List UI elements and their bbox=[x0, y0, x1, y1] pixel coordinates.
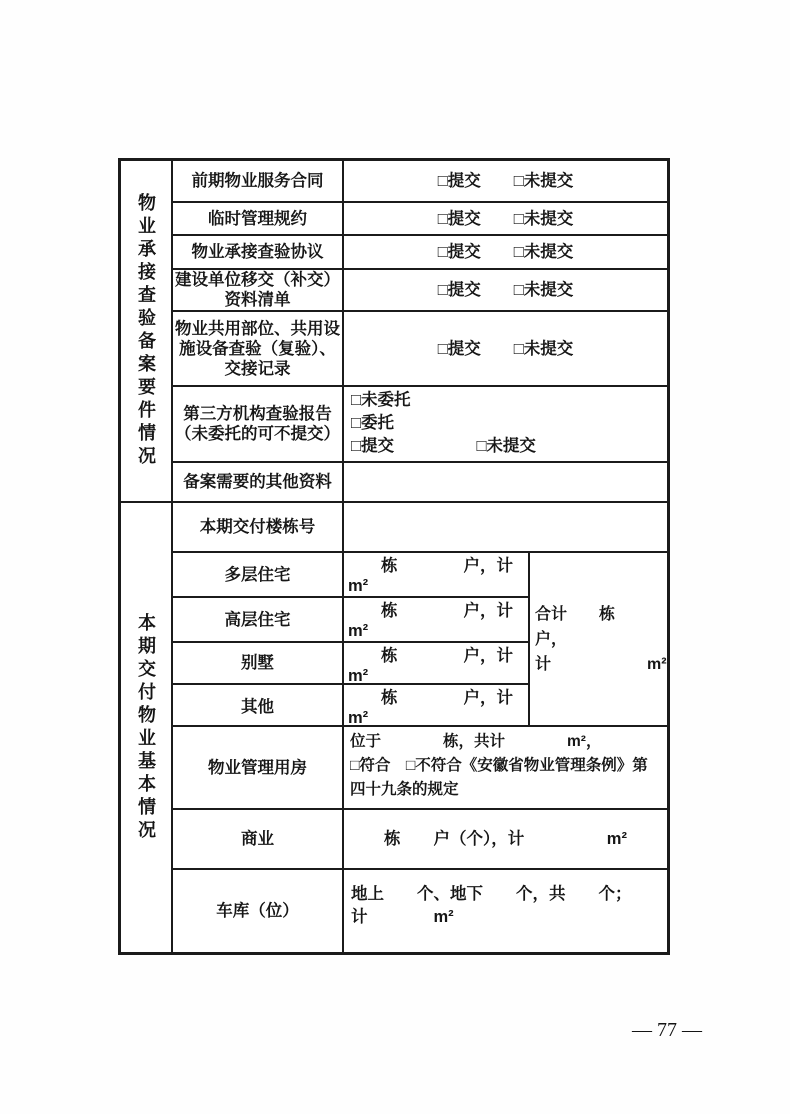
value-inspection-agreement-checkboxes: □提交 □未提交 bbox=[344, 236, 667, 268]
value-developer-transfer-list-checkboxes: □提交 □未提交 bbox=[344, 270, 667, 310]
label-villa: 别墅 bbox=[173, 643, 344, 683]
section-acceptance-filing: 物业承接查验备案要件情况 前期物业服务合同 □提交 □未提交 临时管理规约 □提… bbox=[121, 161, 667, 503]
row-property-management-room: 物业管理用房 位于 栋，共计 m²， □符合 □不符合《安徽省物业管理条例》第 … bbox=[173, 727, 667, 810]
scanned-form-page: 物业承接查验备案要件情况 前期物业服务合同 □提交 □未提交 临时管理规约 □提… bbox=[0, 0, 790, 1114]
section2-header-text: 本期交付物业基本情况 bbox=[120, 613, 172, 843]
value-delivered-building-numbers-blank bbox=[344, 503, 667, 551]
row-other-filing-materials: 备案需要的其他资料 bbox=[173, 463, 667, 501]
section2-body: 本期交付楼栋号 多层住宅 栋 户，计 m² 高层住宅 栋 户，计 m² bbox=[173, 503, 667, 952]
label-developer-transfer-list: 建设单位移交（补交） 资料清单 bbox=[173, 270, 344, 310]
housing-total-merged-cell: 合计 栋 户， 计 m² bbox=[530, 553, 667, 725]
label-commercial: 商业 bbox=[173, 810, 344, 868]
label-delivered-building-numbers: 本期交付楼栋号 bbox=[173, 503, 344, 551]
row-other-housing: 其他 栋 户，计 m² bbox=[173, 685, 528, 728]
value-third-party-report-checkboxes: □未委托 □委托 □提交 □未提交 bbox=[344, 387, 667, 461]
row-third-party-report: 第三方机构查验报告 （未委托的可不提交） □未委托 □委托 □提交 □未提交 bbox=[173, 387, 667, 463]
row-common-areas-inspection: 物业共用部位、共用设 施设备查验（复验）、 交接记录 □提交 □未提交 bbox=[173, 312, 667, 387]
row-garage-spaces: 车库（位） 地上 个、地下 个，共 个； 计 m² bbox=[173, 870, 667, 952]
value-multi-storey-housing-blanks: 栋 户，计 m² bbox=[344, 553, 528, 596]
value-villa-blanks: 栋 户，计 m² bbox=[344, 643, 528, 683]
label-other-housing: 其他 bbox=[173, 685, 344, 728]
label-third-party-report: 第三方机构查验报告 （未委托的可不提交） bbox=[173, 387, 344, 461]
label-multi-storey-housing: 多层住宅 bbox=[173, 553, 344, 596]
row-pre-service-contract: 前期物业服务合同 □提交 □未提交 bbox=[173, 161, 667, 203]
label-property-management-room: 物业管理用房 bbox=[173, 727, 344, 808]
label-garage-spaces: 车库（位） bbox=[173, 870, 344, 952]
section-delivery-basic-info: 本期交付物业基本情况 本期交付楼栋号 多层住宅 栋 户，计 m² 高层住宅 bbox=[121, 503, 667, 952]
value-temp-management-convention-checkboxes: □提交 □未提交 bbox=[344, 203, 667, 234]
value-common-areas-inspection-checkboxes: □提交 □未提交 bbox=[344, 312, 667, 385]
housing-rows: 多层住宅 栋 户，计 m² 高层住宅 栋 户，计 m² 别墅 栋 户，计 m² bbox=[173, 553, 530, 725]
section1-vertical-header: 物业承接查验备案要件情况 bbox=[121, 161, 173, 501]
value-high-rise-housing-blanks: 栋 户，计 m² bbox=[344, 598, 528, 641]
row-multi-storey-housing: 多层住宅 栋 户，计 m² bbox=[173, 553, 528, 598]
value-property-management-room-details: 位于 栋，共计 m²， □符合 □不符合《安徽省物业管理条例》第 四十九条的规定 bbox=[344, 727, 667, 808]
section1-header-text: 物业承接查验备案要件情况 bbox=[120, 193, 172, 469]
row-commercial: 商业 栋 户（个），计 m² bbox=[173, 810, 667, 870]
property-filing-table: 物业承接查验备案要件情况 前期物业服务合同 □提交 □未提交 临时管理规约 □提… bbox=[118, 158, 670, 955]
row-high-rise-housing: 高层住宅 栋 户，计 m² bbox=[173, 598, 528, 643]
label-temp-management-convention: 临时管理规约 bbox=[173, 203, 344, 234]
section1-body: 前期物业服务合同 □提交 □未提交 临时管理规约 □提交 □未提交 物业承接查验… bbox=[173, 161, 667, 501]
section2-vertical-header: 本期交付物业基本情况 bbox=[121, 503, 173, 952]
housing-block: 多层住宅 栋 户，计 m² 高层住宅 栋 户，计 m² 别墅 栋 户，计 m² bbox=[173, 553, 667, 727]
value-other-filing-materials-blank bbox=[344, 463, 667, 501]
page-number: — 77 — bbox=[624, 1019, 710, 1042]
row-villa: 别墅 栋 户，计 m² bbox=[173, 643, 528, 685]
row-developer-transfer-list: 建设单位移交（补交） 资料清单 □提交 □未提交 bbox=[173, 270, 667, 312]
value-other-housing-blanks: 栋 户，计 m² bbox=[344, 685, 528, 728]
label-inspection-agreement: 物业承接查验协议 bbox=[173, 236, 344, 268]
value-garage-spaces-blanks: 地上 个、地下 个，共 个； 计 m² bbox=[344, 870, 667, 952]
value-pre-service-contract-checkboxes: □提交 □未提交 bbox=[344, 161, 667, 201]
value-commercial-blanks: 栋 户（个），计 m² bbox=[344, 810, 667, 868]
row-delivered-building-numbers: 本期交付楼栋号 bbox=[173, 503, 667, 553]
row-inspection-agreement: 物业承接查验协议 □提交 □未提交 bbox=[173, 236, 667, 270]
row-temp-management-convention: 临时管理规约 □提交 □未提交 bbox=[173, 203, 667, 236]
label-common-areas-inspection: 物业共用部位、共用设 施设备查验（复验）、 交接记录 bbox=[173, 312, 344, 385]
label-pre-service-contract: 前期物业服务合同 bbox=[173, 161, 344, 201]
label-other-filing-materials: 备案需要的其他资料 bbox=[173, 463, 344, 501]
label-high-rise-housing: 高层住宅 bbox=[173, 598, 344, 641]
